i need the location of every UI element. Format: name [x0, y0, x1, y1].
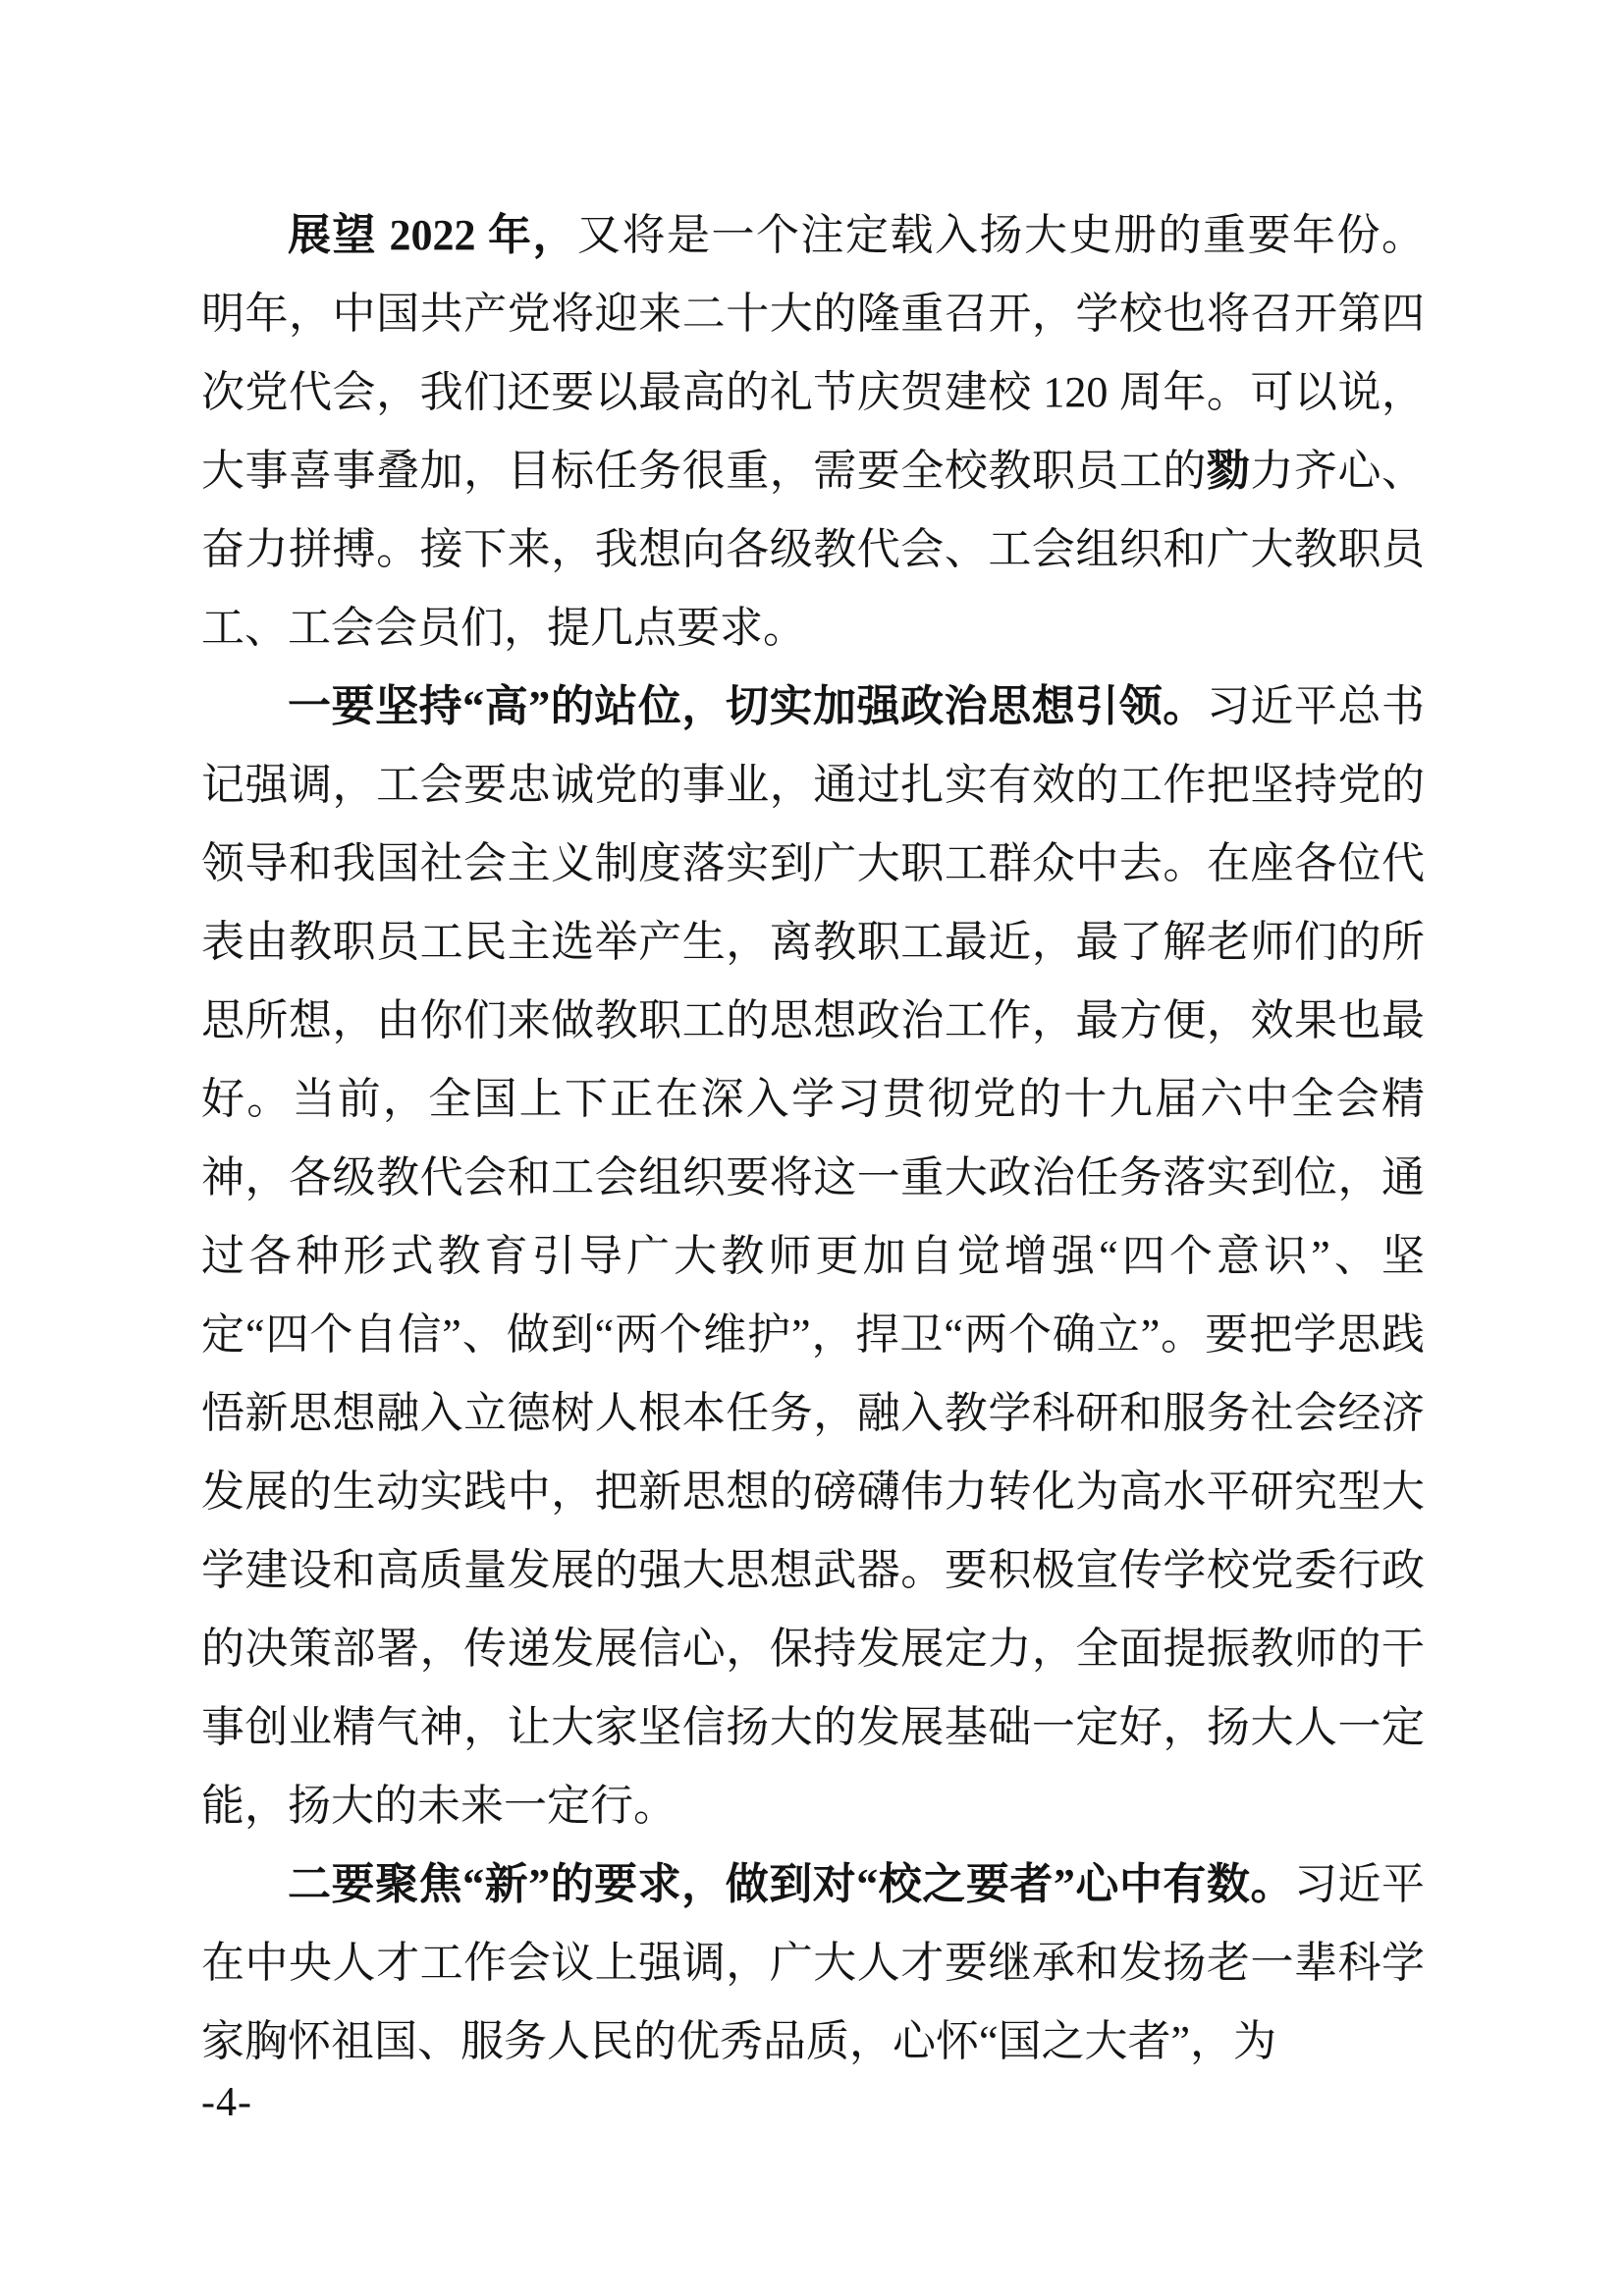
paragraph: 展望 2022 年，又将是一个注定载入扬大史册的重要年份。明年，中国共产党将迎来…: [201, 196, 1425, 667]
page-number: -4-: [201, 2079, 252, 2126]
paragraph: 二要聚焦“新”的要求，做到对“校之要者”心中有数。习近平在中央人才工作会议上强调…: [201, 1845, 1425, 2081]
paragraph: 一要坚持“高”的站位，切实加强政治思想引领。习近平总书记强调，工会要忠诚党的事业…: [201, 667, 1425, 1845]
text-segment: 一要坚持“高”的站位，切实加强政治思想引领。: [288, 682, 1207, 730]
text-segment: 习近平总书记强调，工会要忠诚党的事业，通过扎实有效的工作把坚持党的领导和我国社会…: [201, 682, 1425, 1830]
document-page: 展望 2022 年，又将是一个注定载入扬大史册的重要年份。明年，中国共产党将迎来…: [0, 0, 1624, 2296]
text-segment: 二要聚焦“新”的要求，做到对“校之要者”心中有数。: [288, 1860, 1294, 1908]
text-segment: 勠: [1207, 447, 1251, 495]
document-body: 展望 2022 年，又将是一个注定载入扬大史册的重要年份。明年，中国共产党将迎来…: [201, 196, 1425, 2081]
text-segment: 展望 2022 年，: [288, 211, 577, 259]
